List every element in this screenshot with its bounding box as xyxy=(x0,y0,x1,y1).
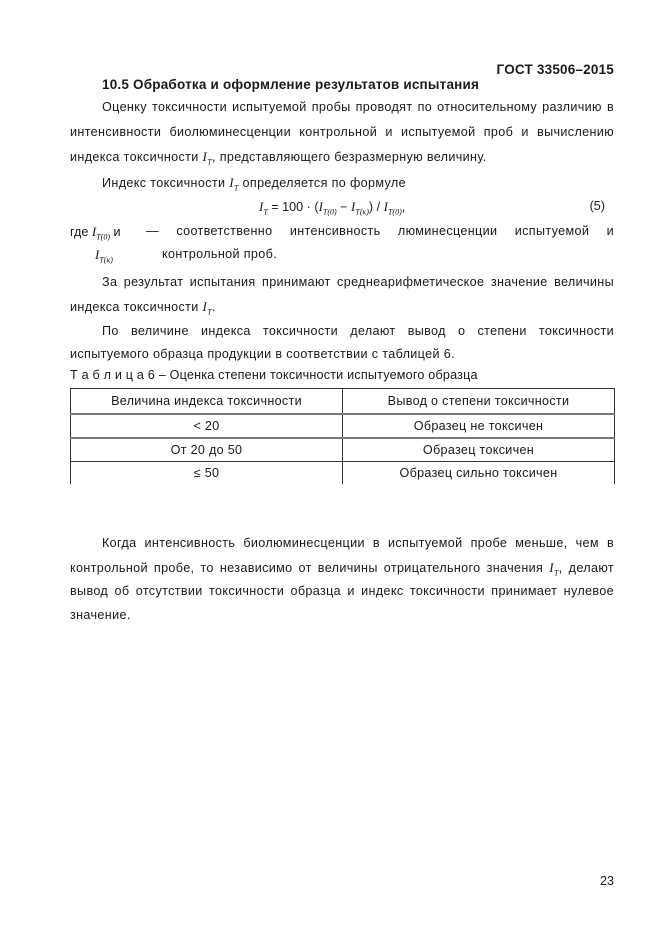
formula-end: , xyxy=(402,200,406,214)
text: , представляющего безразмерную величину. xyxy=(212,150,487,164)
table-header-row: Величина индекса токсичности Вывод о сте… xyxy=(71,389,615,415)
page-number: 23 xyxy=(600,874,614,888)
text: Индекс токсичности xyxy=(102,176,229,190)
paragraph-5-line-3: вывод об отсутствии токсичности образца … xyxy=(70,584,614,598)
table-row: < 20 Образец не токсичен xyxy=(71,414,615,438)
symbol-i0: IT(0) xyxy=(92,224,110,239)
paragraph-5-line-1: Когда интенсивность биолюминесценции в и… xyxy=(102,536,614,550)
symbol-ik-glyph: IT(к) xyxy=(95,247,113,262)
table-header-cell: Вывод о степени токсичности xyxy=(343,389,615,415)
symbol-sub: T(0) xyxy=(388,208,402,217)
text: . xyxy=(212,300,216,314)
paragraph-4-line-2: испытуемого образца продукции в соответс… xyxy=(70,347,614,361)
table-cell: Образец не токсичен xyxy=(343,414,615,438)
formula-eq: = 100 · ( xyxy=(268,200,319,214)
paragraph-5-line-4: значение. xyxy=(70,608,614,622)
text: контрольной пробе, то независимо от вели… xyxy=(70,561,549,575)
table-cell: < 20 xyxy=(71,414,343,438)
equation-number: (5) xyxy=(590,199,605,213)
table-header-cell: Величина индекса токсичности xyxy=(71,389,343,415)
paragraph-1-line-1: Оценку токсичности испытуемой пробы пров… xyxy=(102,100,614,114)
table-cell: Образец токсичен xyxy=(343,438,615,462)
formula-div: ) / xyxy=(369,200,384,214)
paragraph-2: Индекс токсичности IT определяется по фо… xyxy=(102,175,614,193)
paragraph-3-line-2: индекса токсичности IT. xyxy=(70,299,614,317)
symbol-ik: IT(к) xyxy=(95,247,113,265)
toxicity-index-symbol: IT xyxy=(203,299,213,314)
table-cell: Образец сильно токсичен xyxy=(343,462,615,485)
paragraph-1-line-3: индекса токсичности IT, представляющего … xyxy=(70,149,614,167)
section-heading: 10.5 Обработка и оформление результатов … xyxy=(102,77,479,92)
text: индекса токсичности xyxy=(70,150,203,164)
symbol-sub: T(к) xyxy=(355,208,369,217)
formula-term-k: IT(к) xyxy=(351,199,369,214)
table-caption: Т а б л и ц а 6 – Оценка степени токсичн… xyxy=(70,368,478,382)
formula-minus: − xyxy=(337,200,351,214)
text: и xyxy=(110,225,121,239)
table-cell: ≤ 50 xyxy=(71,462,343,485)
paragraph-4-line-1: По величине индекса токсичности делают в… xyxy=(102,324,614,338)
table-row: От 20 до 50 Образец токсичен xyxy=(71,438,615,462)
where-continuation: контрольной проб. xyxy=(162,247,277,261)
where-description: — соответственно интенсивность люминесце… xyxy=(146,224,614,238)
symbol-sub: T(0) xyxy=(323,208,337,217)
where-lead: где IT(0) и xyxy=(70,224,121,242)
toxicity-table: Величина индекса токсичности Вывод о сте… xyxy=(70,388,615,484)
toxicity-index-symbol: IT xyxy=(229,175,239,190)
document-code: ГОСТ 33506–2015 xyxy=(497,62,614,77)
table-row: ≤ 50 Образец сильно токсичен xyxy=(71,462,615,485)
text: определяется по формуле xyxy=(239,176,406,190)
text: , делают xyxy=(559,561,614,575)
text: индекса токсичности xyxy=(70,300,203,314)
toxicity-index-symbol: IT xyxy=(203,149,213,164)
text: где xyxy=(70,225,92,239)
paragraph-1-line-2: интенсивности биолюминесценции контрольн… xyxy=(70,125,614,139)
paragraph-5-line-2: контрольной пробе, то независимо от вели… xyxy=(70,560,614,578)
formula-term-0: IT(0) xyxy=(319,199,337,214)
symbol-sub: T(к) xyxy=(99,256,113,265)
formula-5: IT = 100 · (IT(0) − IT(к)) / IT(0), xyxy=(259,199,405,217)
formula-term-0-denominator: IT(0) xyxy=(384,199,402,214)
formula-lhs: IT xyxy=(259,199,268,214)
toxicity-index-symbol: IT xyxy=(549,560,559,575)
symbol-sub: T(0) xyxy=(96,233,110,242)
table-cell: От 20 до 50 xyxy=(71,438,343,462)
paragraph-3-line-1: За результат испытания принимают среднеа… xyxy=(102,275,614,289)
